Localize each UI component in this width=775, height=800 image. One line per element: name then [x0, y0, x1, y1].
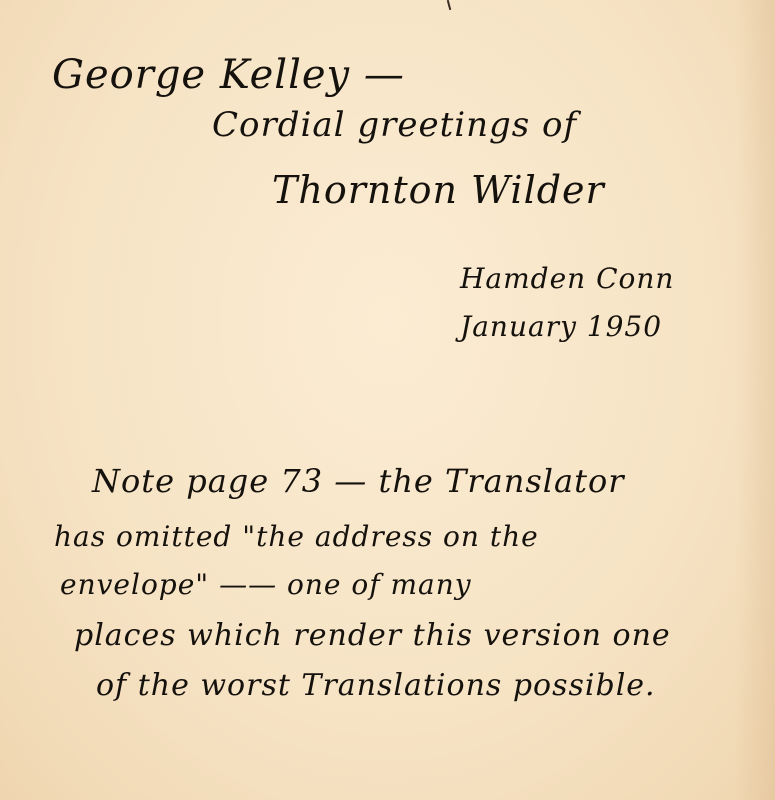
note-line-4: places which render this version one	[74, 618, 671, 653]
note-line-3: envelope" —— one of many	[60, 568, 472, 601]
date-line: January 1950	[460, 310, 662, 343]
note-line-5: of the worst Translations possible.	[96, 668, 656, 703]
place-line: Hamden Conn	[460, 262, 674, 295]
greeting-line: Cordial greetings of	[212, 105, 577, 145]
note-line-1: Note page 73 — the Translator	[92, 462, 625, 500]
recipient-line: George Kelley —	[52, 52, 405, 98]
paper-edge-shading	[735, 0, 775, 800]
note-line-2: has omitted "the address on the	[54, 520, 539, 553]
signature: Thornton Wilder	[272, 168, 605, 212]
